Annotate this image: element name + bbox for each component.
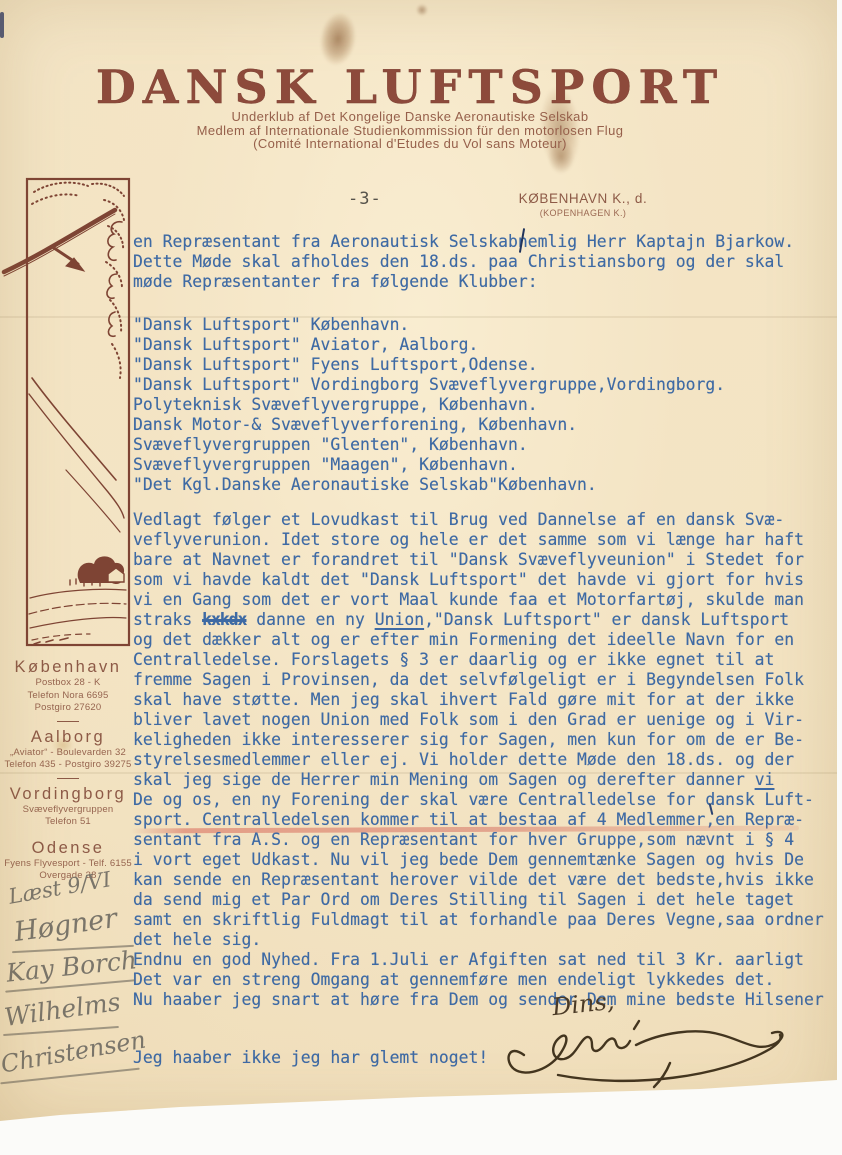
club-line: "Dansk Luftsport" Vordingborg Svæveflyve… [133, 375, 839, 395]
typed-line: skal jeg sige de Herrer min Mening om Sa… [133, 770, 839, 790]
typed-line: fremme Sagen i Provinsen, da det selvføl… [133, 670, 839, 690]
scan-edge-mark [0, 12, 4, 38]
typed-line: samt en skriftlig Fuldmagt til at forhan… [133, 910, 839, 930]
scanned-letter-page: DANSK LUFTSPORT Underklub af Det Kongeli… [0, 0, 842, 1155]
typed-line: skal have støtte. Men jeg skal ihvert Fa… [133, 690, 839, 710]
glider-tail [66, 258, 84, 271]
typed-line: De og os, en ny Forening der skal være C… [133, 790, 839, 810]
typed-line: veflyverunion. Idet store og hele er det… [133, 530, 839, 550]
club-line: "Dansk Luftsport" Aviator, Aalborg. [133, 335, 839, 355]
office-koebenhavn: København Postbox 28 - K Telefon Nora 66… [0, 658, 136, 715]
typed-line: Vedlagt følger et Lovudkast til Brug ved… [133, 510, 839, 530]
ink-stain [416, 4, 428, 16]
struck-out-word: kxkdx [202, 610, 246, 629]
dateline: KØBENHAVN K., d. (KOPENHAGEN K.) [498, 191, 668, 218]
typed-line: i vort eget Udkast. Nu vil jeg bede Dem … [133, 850, 839, 870]
typed-line: bare at Navnet er forandret til "Dansk S… [133, 550, 839, 570]
club-line: "Det Kgl.Danske Aeronautiske Selskab"Køb… [133, 475, 839, 495]
glider-wing [4, 210, 115, 272]
typed-line: Dette Møde skal afholdes den 18.ds. paa … [133, 252, 839, 272]
letterhead-title: DANSK LUFTSPORT [0, 60, 820, 114]
glider-illustration [20, 170, 136, 654]
typed-line: en Repræsentant fra Aeronautisk Selskabn… [133, 232, 839, 252]
typed-line: og det dækker alt og er efter min Formen… [133, 630, 839, 650]
club-line: Svæveflyvergruppen "Glenten", København. [133, 435, 839, 455]
letterhead-subtitle-2: Medlem af Internationale Studienkommissi… [0, 124, 820, 138]
office-divider [57, 778, 79, 779]
dateline-city: KØBENHAVN K., d. [498, 191, 668, 206]
typed-line: bliver lavet nogen Union med Folk som i … [133, 710, 839, 730]
typed-line: sentant fra A.S. og en Repræsentant for … [133, 830, 839, 850]
office-address-list: København Postbox 28 - K Telefon Nora 66… [0, 658, 136, 885]
club-line: Dansk Motor-& Svæveflyverforening, Køben… [133, 415, 839, 435]
letter-paper: DANSK LUFTSPORT Underklub af Det Kongeli… [0, 0, 837, 1124]
underlined-word: vi [755, 770, 775, 789]
typed-line: sport. Centralledelsen kommer til at bes… [133, 810, 839, 830]
typed-line: styrelsesmedlemmer eller ej. Vi holder d… [133, 750, 839, 770]
typed-line: keligheden ikke interesserer sig for Sag… [133, 730, 839, 750]
typed-line: da send mig et Par Ord om Deres Stilling… [133, 890, 839, 910]
dateline-city-alt: (KOPENHAGEN K.) [498, 208, 668, 218]
club-line: "Dansk Luftsport" Fyens Luftsport,Odense… [133, 355, 839, 375]
signature-flourish [500, 1003, 800, 1098]
office-divider [57, 721, 79, 722]
office-vordingborg: Vordingborg Svæveflyvergruppen Telefon 5… [0, 785, 136, 829]
office-aalborg: Aalborg „Aviator“ - Boulevarden 32 Telef… [0, 728, 136, 772]
typed-line: det hele sig. [133, 930, 839, 950]
typed-line: møde Repræsentanter fra følgende Klubber… [133, 272, 839, 292]
letterhead-subtitle-3: (Comité International d'Etudes du Vol sa… [0, 137, 820, 151]
club-line: Svæveflyvergruppen "Maagen", København. [133, 455, 839, 475]
page-number: -3- [348, 189, 382, 209]
club-line: "Dansk Luftsport" København. [133, 315, 839, 335]
letterhead-subtitle-1: Underklub af Det Kongelige Danske Aerona… [0, 110, 820, 124]
typed-line: straks kxkdx danne en ny Union,"Dansk Lu… [133, 610, 839, 630]
typed-line: Endnu en god Nyhed. Fra 1.Juli er Afgift… [133, 950, 839, 970]
typed-line: Centralledelse. Forslagets § 3 er daarli… [133, 650, 839, 670]
typed-line: vi en Gang som det er vort Maal kunde fa… [133, 590, 839, 610]
typed-line: som vi havde kaldt det "Dansk Luftsport"… [133, 570, 839, 590]
pencil-signature: Wilhelms [3, 987, 123, 1032]
underlined-word: Union [375, 610, 424, 629]
club-line: Polyteknisk Svæveflyvergruppe, København… [133, 395, 839, 415]
typed-line: Det var en streng Omgang at gennemføre m… [133, 970, 839, 990]
typed-line: kan sende en Repræsentant herover vilde … [133, 870, 839, 890]
typed-letter-body: en Repræsentant fra Aeronautisk Selskabn… [133, 232, 839, 1068]
pencil-signature: Høgner [12, 903, 119, 948]
